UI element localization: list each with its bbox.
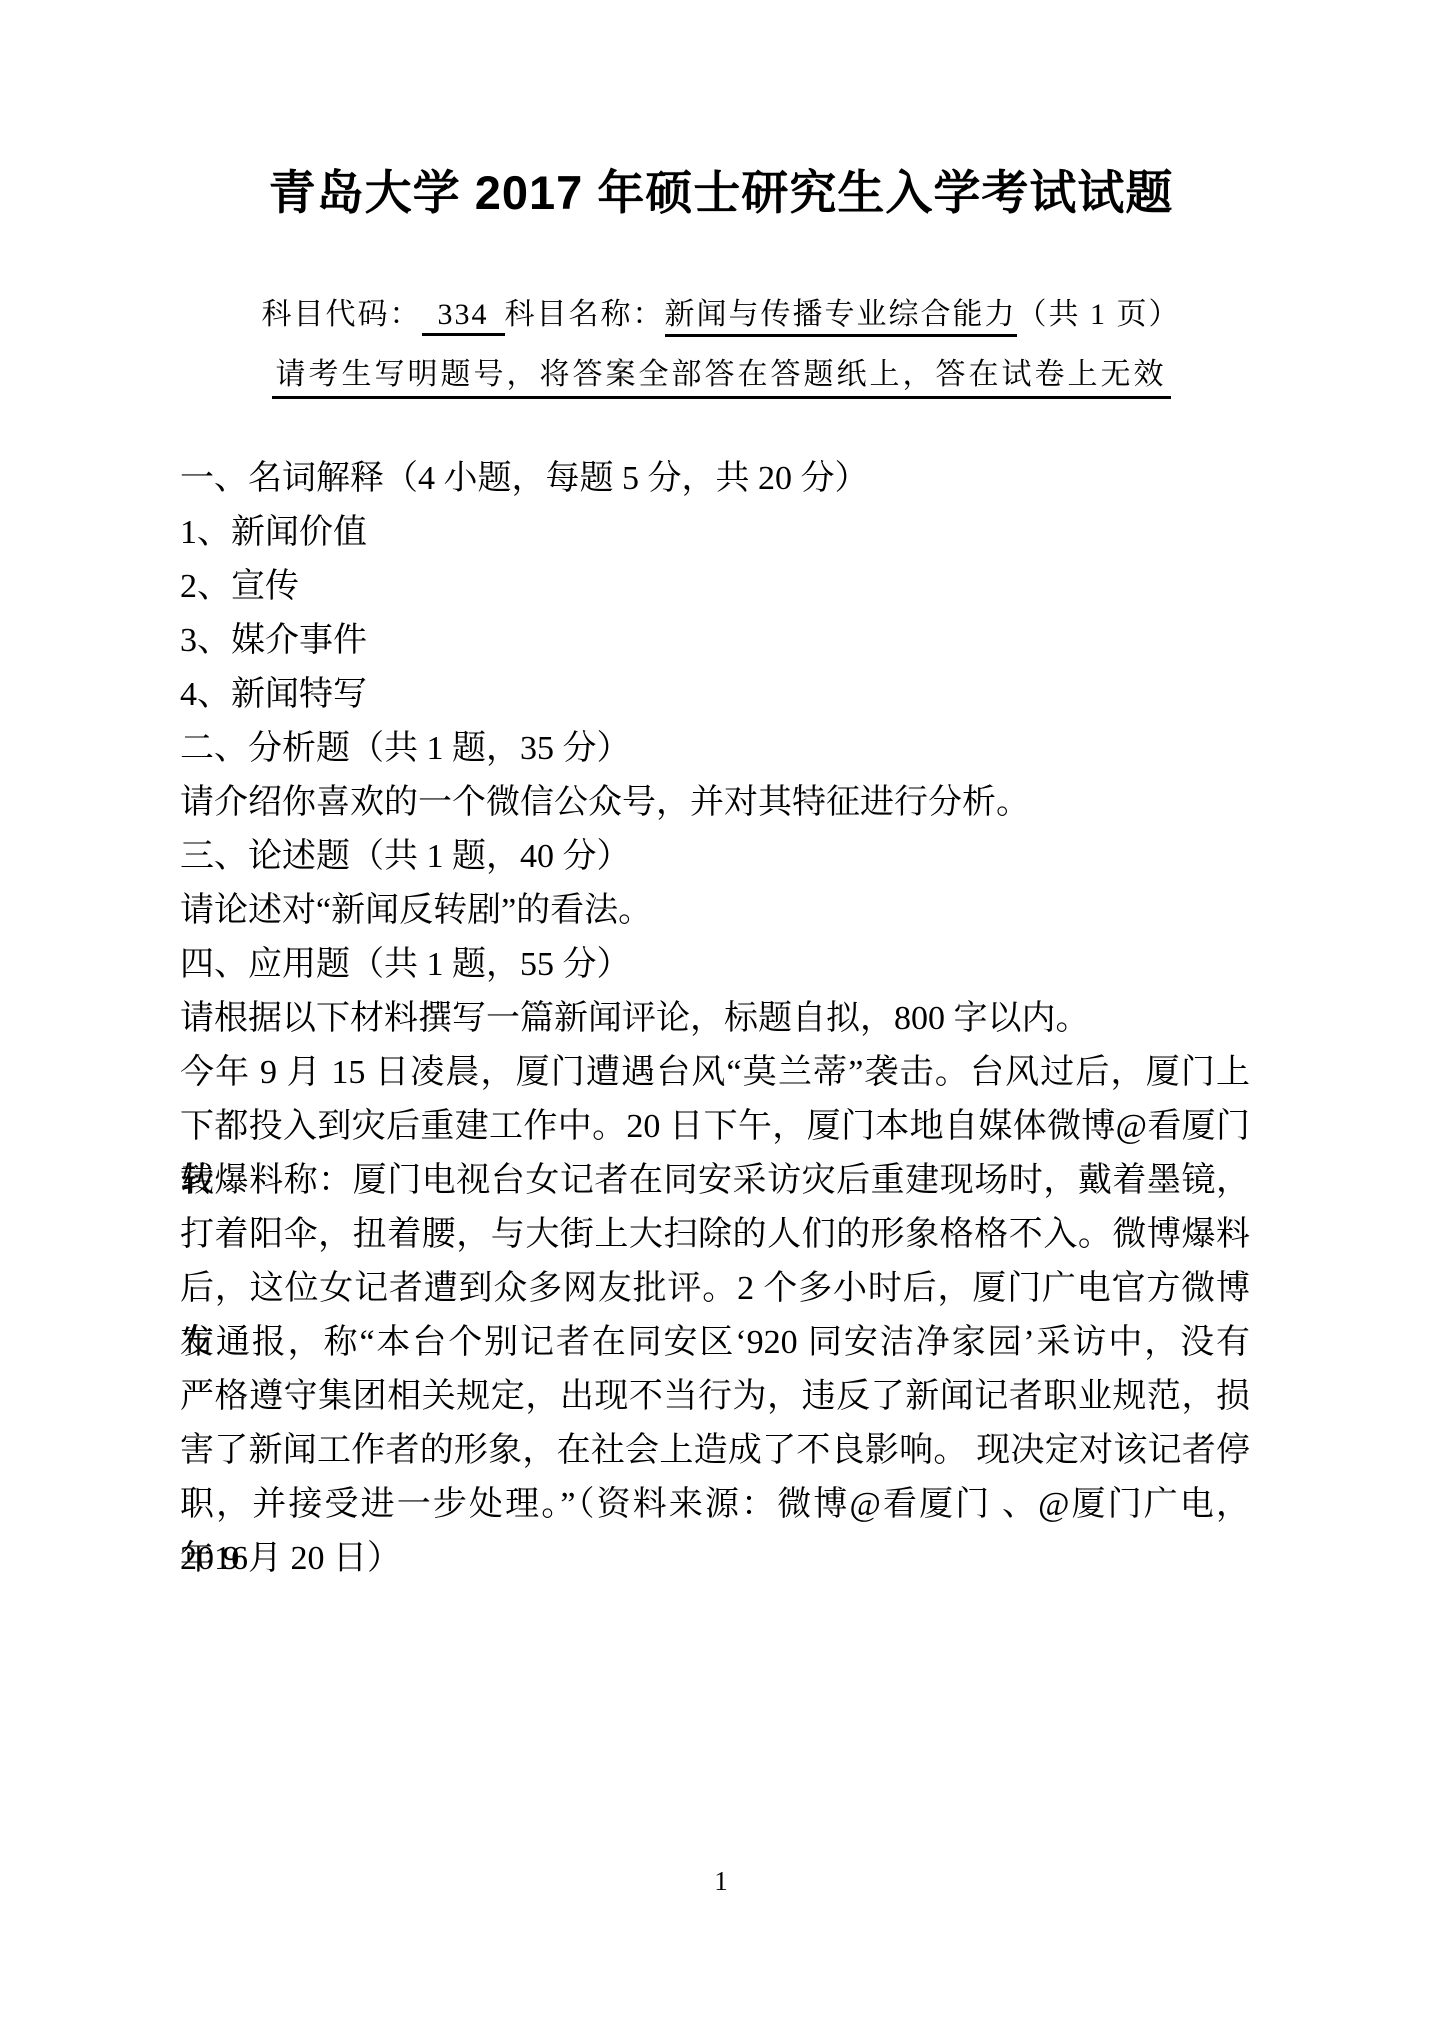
section-1-heading: 一、名词解释（4 小题，每题 5 分，共 20 分） <box>180 452 1250 506</box>
subject-pages-note: （共 1 页） <box>1017 298 1181 331</box>
material-line-8: 害了新闻工作者的形象，在社会上造成了不良影响。 现决定对该记者停 <box>180 1424 1250 1478</box>
term-item-3: 3、媒介事件 <box>180 614 1250 668</box>
exam-instruction-text: 请考生写明题号，将答案全部答在答题纸上，答在试卷上无效 <box>272 349 1171 399</box>
section-2-question: 请介绍你喜欢的一个微信公众号，并对其特征进行分析。 <box>180 776 1250 830</box>
subject-name-label: 科目名称： <box>505 298 665 331</box>
exam-paper-page: 青岛大学 2017 年硕士研究生入学考试试题 科目代码：334科目名称：新闻与传… <box>0 0 1442 2040</box>
page-title: 青岛大学 2017 年硕士研究生入学考试试题 <box>0 156 1442 223</box>
section-3-question: 请论述对“新闻反转剧”的看法。 <box>180 884 1250 938</box>
subject-code-label: 科目代码： <box>262 298 422 331</box>
section-2-heading: 二、分析题（共 1 题，35 分） <box>180 722 1250 776</box>
subject-name-value: 新闻与传播专业综合能力 <box>665 289 1017 337</box>
subject-code-value: 334 <box>422 298 505 336</box>
section-4-question: 请根据以下材料撰写一篇新闻评论，标题自拟，800 字以内。 <box>180 992 1250 1046</box>
term-item-4: 4、新闻特写 <box>180 668 1250 722</box>
term-item-2: 2、宣传 <box>180 560 1250 614</box>
material-line-1: 今年 9 月 15 日凌晨，厦门遭遇台风“莫兰蒂”袭击。台风过后，厦门上 <box>180 1046 1250 1100</box>
exam-body: 一、名词解释（4 小题，每题 5 分，共 20 分） 1、新闻价值 2、宣传 3… <box>180 452 1250 1586</box>
page-number: 1 <box>0 1866 1442 1897</box>
material-line-2: 下都投入到灾后重建工作中。20 日下午，厦门本地自媒体微博@看厦门 转 <box>180 1100 1250 1154</box>
material-line-10: 年 9 月 20 日） <box>180 1532 1250 1586</box>
exam-instruction-line: 请考生写明题号，将答案全部答在答题纸上，答在试卷上无效 <box>0 349 1442 399</box>
material-line-6: 布通报，称“本台个别记者在同安区‘920 同安洁净家园’采访中，没有 <box>180 1316 1250 1370</box>
material-line-9: 职，并接受进一步处理。”（资料来源：微博@看厦门 、@厦门广电，2016 <box>180 1478 1250 1532</box>
material-line-3: 载爆料称：厦门电视台女记者在同安采访灾后重建现场时，戴着墨镜， <box>180 1154 1250 1208</box>
material-line-4: 打着阳伞，扭着腰，与大街上大扫除的人们的形象格格不入。微博爆料 <box>180 1208 1250 1262</box>
subject-info-line: 科目代码：334科目名称：新闻与传播专业综合能力（共 1 页） <box>0 289 1442 337</box>
section-4-heading: 四、应用题（共 1 题，55 分） <box>180 938 1250 992</box>
section-3-heading: 三、论述题（共 1 题，40 分） <box>180 830 1250 884</box>
material-line-7: 严格遵守集团相关规定，出现不当行为，违反了新闻记者职业规范，损 <box>180 1370 1250 1424</box>
term-item-1: 1、新闻价值 <box>180 506 1250 560</box>
material-line-5: 后，这位女记者遭到众多网友批评。2 个多小时后，厦门广电官方微博发 <box>180 1262 1250 1316</box>
